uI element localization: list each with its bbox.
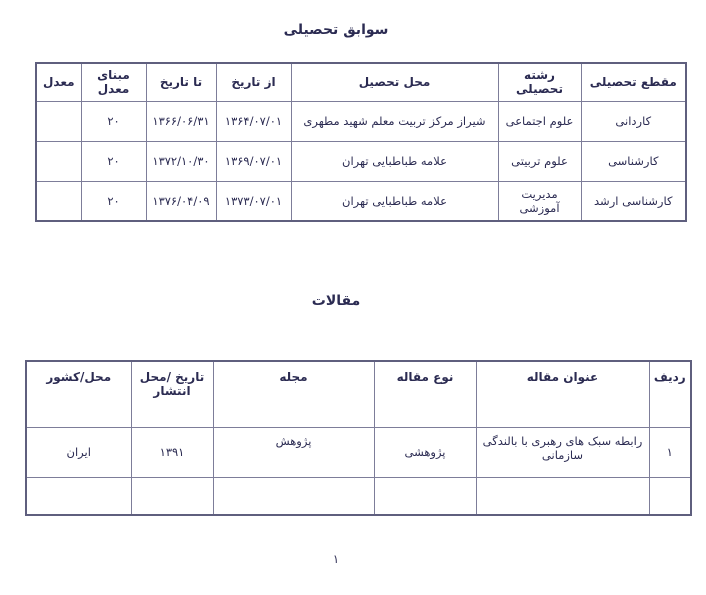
articles-cell-article-type [374, 477, 476, 515]
education-cell-from-date: ۱۳۷۳/۰۷/۰۱ [216, 181, 291, 221]
education-cell-from-date: ۱۳۶۹/۰۷/۰۱ [216, 141, 291, 181]
education-table-row: کارشناسی ارشد مدیریت آموزشی علامه طباطبا… [36, 181, 686, 221]
articles-cell-publish-date-place [131, 477, 213, 515]
education-cell-field: مدیریت آموزشی [498, 181, 581, 221]
articles-cell-article-title: رابطه سبک های رهبری با بالندگی سازمانی [476, 427, 649, 477]
articles-table: ردیف عنوان مقاله نوع مقاله مجله تاریخ /م… [25, 360, 692, 516]
education-cell-field: علوم تربیتی [498, 141, 581, 181]
articles-header-row: ردیف عنوان مقاله نوع مقاله مجله تاریخ /م… [26, 361, 691, 427]
education-cell-degree: کاردانی [581, 101, 686, 141]
articles-cell-place-country [26, 477, 131, 515]
education-cell-to-date: ۱۳۷۶/۰۴/۰۹ [146, 181, 216, 221]
articles-table-row: ۱ رابطه سبک های رهبری با بالندگی سازمانی… [26, 427, 691, 477]
date-value: ۱۳۶۴/۰۷/۰۱ [225, 114, 282, 128]
education-cell-to-date: ۱۳۶۶/۰۶/۳۱ [146, 101, 216, 141]
articles-cell-article-title [476, 477, 649, 515]
education-cell-from-date: ۱۳۶۴/۰۷/۰۱ [216, 101, 291, 141]
education-cell-to-date: ۱۳۷۲/۱۰/۳۰ [146, 141, 216, 181]
education-cell-place: علامه طباطبایی تهران [291, 181, 498, 221]
articles-section-title: مقالات [0, 293, 672, 309]
education-cell-gpa-basis: ۲۰ [81, 141, 146, 181]
education-cell-gpa [36, 101, 81, 141]
education-header-field: رشته تحصیلی [498, 63, 581, 101]
articles-header-article-type: نوع مقاله [374, 361, 476, 427]
articles-header-row-no: ردیف [649, 361, 691, 427]
education-cell-degree: کارشناسی [581, 141, 686, 181]
education-header-from-date: از تاریخ [216, 63, 291, 101]
education-table-row: کاردانی علوم اجتماعی شیراز مرکز تربیت مع… [36, 101, 686, 141]
education-cell-place: علامه طباطبایی تهران [291, 141, 498, 181]
education-header-to-date: تا تاریخ [146, 63, 216, 101]
articles-cell-row-no [649, 477, 691, 515]
education-cell-degree: کارشناسی ارشد [581, 181, 686, 221]
articles-cell-row-no: ۱ [649, 427, 691, 477]
articles-cell-journal [213, 477, 374, 515]
education-cell-place: شیراز مرکز تربیت معلم شهید مطهری [291, 101, 498, 141]
articles-cell-place-country: ایران [26, 427, 131, 477]
education-table-row: کارشناسی علوم تربیتی علامه طباطبایی تهرا… [36, 141, 686, 181]
education-table: مقطع تحصیلی رشته تحصیلی محل تحصیل از تار… [35, 62, 687, 222]
education-header-row: مقطع تحصیلی رشته تحصیلی محل تحصیل از تار… [36, 63, 686, 101]
articles-cell-journal: پژوهش [213, 427, 374, 477]
articles-cell-publish-date-place: ۱۳۹۱ [131, 427, 213, 477]
education-header-gpa-basis: مبنای معدل [81, 63, 146, 101]
education-header-gpa: معدل [36, 63, 81, 101]
education-section-title: سوابق تحصیلی [0, 22, 672, 38]
education-cell-gpa-basis: ۲۰ [81, 181, 146, 221]
articles-header-publish-date-place: تاریخ /محل انتشار [131, 361, 213, 427]
articles-header-article-title: عنوان مقاله [476, 361, 649, 427]
scanned-cv-page: { "colors": { "text": "#2b2b52", "border… [0, 0, 706, 595]
education-header-place: محل تحصیل [291, 63, 498, 101]
date-value: ۱۳۷۶/۰۴/۰۹ [152, 194, 209, 208]
articles-cell-article-type: پژوهشی [374, 427, 476, 477]
education-cell-gpa [36, 141, 81, 181]
date-value: ۱۳۷۲/۱۰/۳۰ [152, 154, 209, 168]
date-value: ۱۳۷۳/۰۷/۰۱ [225, 194, 282, 208]
articles-header-place-country: محل/کشور [26, 361, 131, 427]
education-header-degree: مقطع تحصیلی [581, 63, 686, 101]
education-cell-field: علوم اجتماعی [498, 101, 581, 141]
date-value: ۱۳۶۹/۰۷/۰۱ [225, 154, 282, 168]
articles-table-row [26, 477, 691, 515]
page-number: ۱ [0, 552, 672, 566]
articles-header-journal: مجله [213, 361, 374, 427]
education-cell-gpa-basis: ۲۰ [81, 101, 146, 141]
date-value: ۱۳۶۶/۰۶/۳۱ [152, 114, 209, 128]
education-cell-gpa [36, 181, 81, 221]
